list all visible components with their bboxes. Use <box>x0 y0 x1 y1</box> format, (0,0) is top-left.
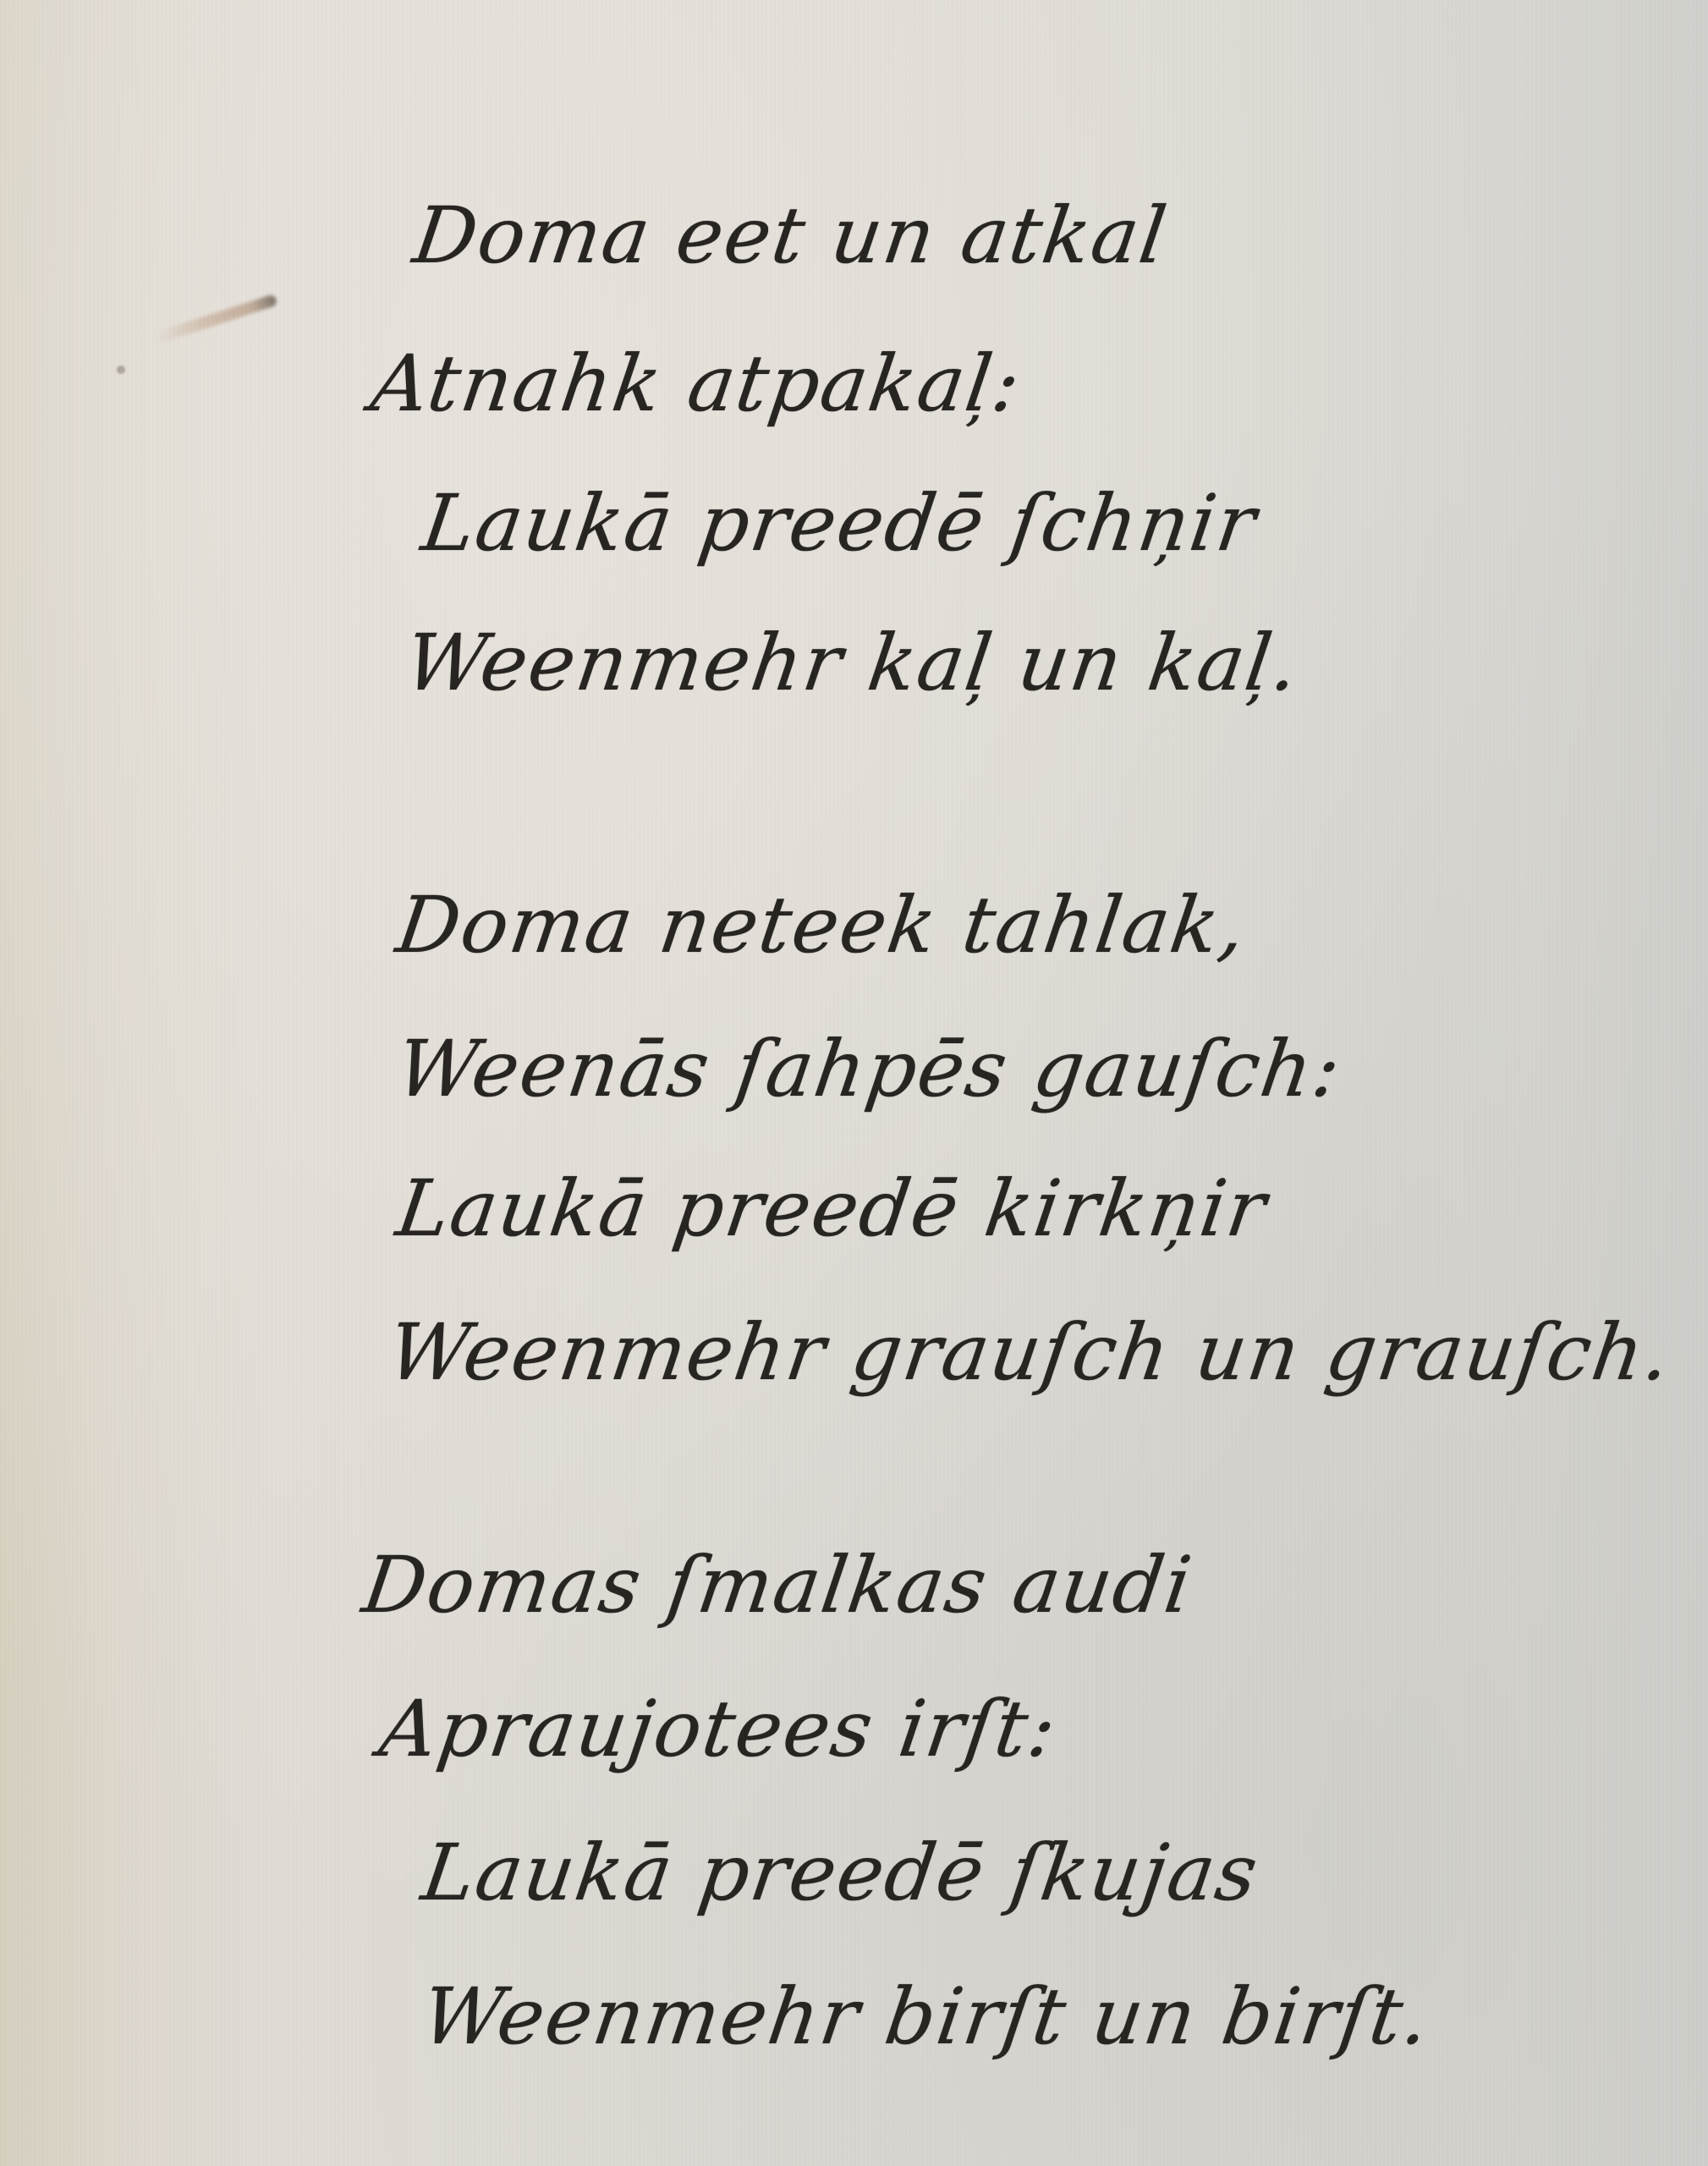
poem-line: Weenmehr kaļ un kaļ. <box>399 618 1305 708</box>
poem: Doma eet un atkal Atnahk atpakaļ: Laukā … <box>0 0 1708 2166</box>
poem-line: Doma neteek tahlak, <box>391 880 1252 970</box>
poem-line: Laukā preedē ſchņir <box>416 478 1262 569</box>
poem-line: Laukā preedē kirkņir <box>391 1163 1272 1254</box>
poem-line: Atnahk atpakaļ: <box>365 338 1027 429</box>
poem-line: Weenās ſahpēs gauſch: <box>391 1024 1347 1114</box>
poem-line: Domas ſmalkas audi <box>357 1540 1198 1630</box>
poem-line: Weenmehr birſt un birſt. <box>416 1971 1436 2062</box>
manuscript-page: Doma eet un atkal Atnahk atpakaļ: Laukā … <box>0 0 1708 2166</box>
poem-line: Laukā preedē ſkujas <box>416 1828 1264 1918</box>
poem-line: Doma eet un atkal <box>408 190 1173 281</box>
poem-line: Weenmehr grauſch un grauſch. <box>382 1307 1677 1398</box>
poem-line: Apraujotees irſt: <box>374 1684 1063 1774</box>
